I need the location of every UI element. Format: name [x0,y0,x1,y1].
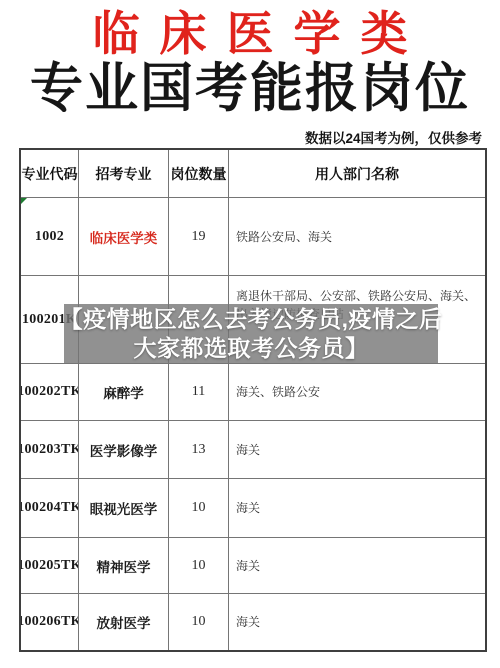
position-count-cell: 10 [168,479,228,537]
table-header-row: 专业代码 招考专业 岗位数量 用人部门名称 [21,150,485,197]
col-header-position-count: 岗位数量 [168,150,228,197]
major-code-value: 1002 [35,229,64,245]
department-cell: 铁路公安局、海关 [228,198,485,275]
table-row: 1002 临床医学类 19 铁路公安局、海关 [21,197,485,275]
major-name-cell: 眼视光医学 [78,479,168,537]
department-cell: 海关 [228,594,485,650]
watermark-line-2: 大家都选取考公务员】 [134,334,369,363]
major-code-cell: 100204TK [21,479,78,537]
department-cell: 海关、铁路公安 [228,364,485,420]
major-name-cell: 精神医学 [78,538,168,593]
poster-title-main: 专业国考能报岗位 [0,58,500,120]
major-code-value: 100203TK [21,442,78,458]
poster-title-category: 临床医学类 [0,8,500,60]
table-row: 100205TK 精神医学 10 海关 [21,537,485,593]
position-count-cell: 19 [168,198,228,275]
watermark-overlay: 【疫情地区怎么去考公务员,疫情之后 大家都选取考公务员】 [64,304,438,364]
col-header-department: 用人部门名称 [228,150,485,197]
major-code-value: 100206TK [21,614,78,630]
table-row: 100203TK 医学影像学 13 海关 [21,420,485,478]
positions-table: 专业代码 招考专业 岗位数量 用人部门名称 1002 临床医学类 19 铁路公安… [19,148,487,652]
position-count-cell: 10 [168,594,228,650]
department-cell: 海关 [228,421,485,478]
major-code-cell: 100205TK [21,538,78,593]
department-cell: 海关 [228,479,485,537]
major-code-cell: 100203TK [21,421,78,478]
watermark-line-1: 【疫情地区怎么去考公务员,疫情之后 [60,305,443,334]
major-code-cell: 1002 [21,198,78,275]
poster: 临床医学类 专业国考能报岗位 数据以24国考为例，仅供参考 专业代码 招考专业 … [0,0,500,668]
major-name-cell: 放射医学 [78,594,168,650]
major-name-cell: 临床医学类 [78,198,168,275]
col-header-major-code: 专业代码 [21,150,78,197]
major-name-cell: 麻醉学 [78,364,168,420]
major-code-cell: 100206TK [21,594,78,650]
major-code-value: 100205TK [21,558,78,574]
major-code-cell: 100202TK [21,364,78,420]
major-name-cell: 医学影像学 [78,421,168,478]
table-row: 100202TK 麻醉学 11 海关、铁路公安 [21,363,485,420]
major-code-value: 100202TK [21,384,78,400]
position-count-cell: 10 [168,538,228,593]
position-count-cell: 13 [168,421,228,478]
data-source-note: 数据以24国考为例，仅供参考 [305,127,482,147]
major-code-value: 100204TK [21,500,78,516]
position-count-cell: 11 [168,364,228,420]
col-header-major-name: 招考专业 [78,150,168,197]
table-row: 100204TK 眼视光医学 10 海关 [21,478,485,537]
department-cell: 海关 [228,538,485,593]
table-row: 100206TK 放射医学 10 海关 [21,593,485,650]
excel-corner-marker-icon [21,198,27,204]
